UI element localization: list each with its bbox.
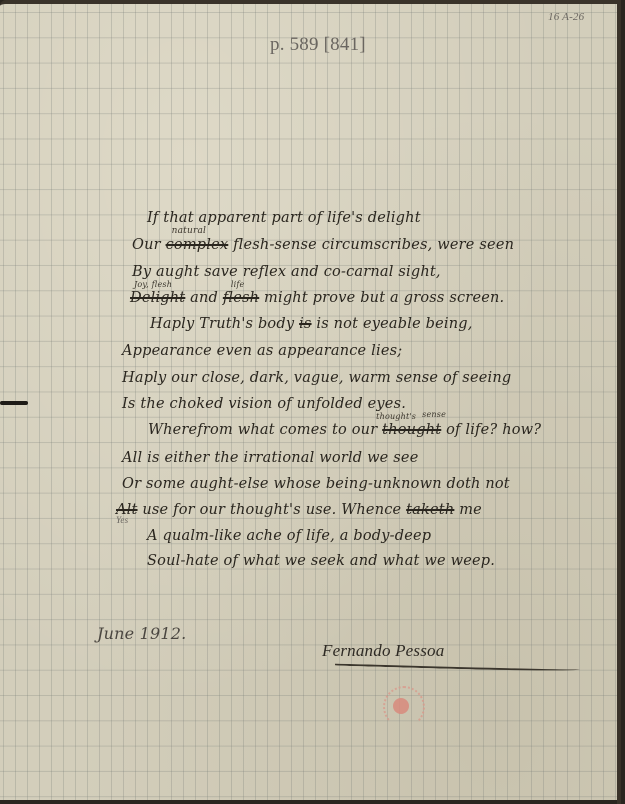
stamp-seal xyxy=(393,698,409,714)
page-edge xyxy=(617,4,621,800)
line-text: Our xyxy=(132,237,161,253)
insertion-text: natural xyxy=(172,226,207,236)
line-text: is not eyeable being, xyxy=(316,316,472,332)
poem-line-12: Yes Alt use for our thought's use. Whenc… xyxy=(116,502,482,518)
insertion-text: thought's xyxy=(376,412,416,421)
line-text: All is either the irrational world we se… xyxy=(122,450,418,466)
poem-line-13: A qualm-like ache of life, a body-deep xyxy=(147,528,431,544)
struck-word: is xyxy=(299,316,311,332)
struck-word: Delight xyxy=(130,290,185,306)
line-text: Wherefrom what comes to our xyxy=(148,422,377,438)
line-text: Appearance even as appearance lies; xyxy=(122,343,402,359)
line-text: If that apparent part of life's delight xyxy=(147,210,421,226)
poem-line-10: All is either the irrational world we se… xyxy=(122,450,418,466)
library-stamp-icon xyxy=(383,684,423,724)
line-text: use for our thought's use. Whence xyxy=(142,502,401,518)
struck-word: flesh xyxy=(223,290,259,306)
page-reference: p. 589 [841] xyxy=(270,34,366,56)
ink-blot xyxy=(0,401,28,405)
signature: Fernando Pessoa xyxy=(322,641,444,661)
manuscript-page: 16 A-26 p. 589 [841] If that apparent pa… xyxy=(0,0,621,800)
poem-line-11: Or some aught-else whose being-unknown d… xyxy=(122,476,510,492)
archive-code: 16 A-26 xyxy=(548,11,584,23)
poem-line-5: Haply Truth's body is is not eyeable bei… xyxy=(150,316,473,332)
poem-line-6: Appearance even as appearance lies; xyxy=(122,343,402,359)
signature-underline xyxy=(335,661,580,673)
struck-word: taketh xyxy=(406,502,454,518)
insertion-text: life xyxy=(231,280,245,289)
line-text: By aught save reflex and co-carnal sight… xyxy=(132,264,441,280)
insertion-text: Yes xyxy=(116,515,128,525)
line-text: Soul-hate of what we seek and what we we… xyxy=(147,553,495,569)
poem-line-1: If that apparent part of life's delight xyxy=(147,210,421,226)
line-text: Is the choked vision of unfolded eyes. xyxy=(122,396,406,412)
line-text: of life? how? xyxy=(446,422,541,438)
poem-line-9: Wherefrom what comes to our thought's se… xyxy=(148,422,541,438)
line-text: might prove but a gross screen. xyxy=(264,290,504,306)
line-text: Or some aught-else whose being-unknown d… xyxy=(122,476,510,492)
line-text: and xyxy=(190,290,218,306)
line-text: flesh-sense circumscribes, were seen xyxy=(233,237,514,253)
insertion-text: Joy, flesh xyxy=(134,280,172,289)
line-text: A qualm-like ache of life, a body-deep xyxy=(147,528,431,544)
poem-line-7: Haply our close, dark, vague, warm sense… xyxy=(122,370,511,386)
poem-line-8: Is the choked vision of unfolded eyes. xyxy=(122,396,406,412)
poem-line-3: By aught save reflex and co-carnal sight… xyxy=(132,264,441,280)
struck-word: complex xyxy=(166,237,229,253)
poem-line-2: Our natural complex flesh-sense circumsc… xyxy=(132,237,514,253)
struck-word: thought xyxy=(382,422,441,438)
date: June 1912. xyxy=(97,624,186,643)
line-text: me xyxy=(459,502,482,518)
line-text: Haply our close, dark, vague, warm sense… xyxy=(122,370,511,386)
poem-line-4: Joy, flesh Delight and life flesh might … xyxy=(130,290,504,306)
poem-line-14: Soul-hate of what we seek and what we we… xyxy=(147,553,495,569)
insertion-text: sense xyxy=(422,410,446,419)
line-text: Haply Truth's body xyxy=(150,316,294,332)
